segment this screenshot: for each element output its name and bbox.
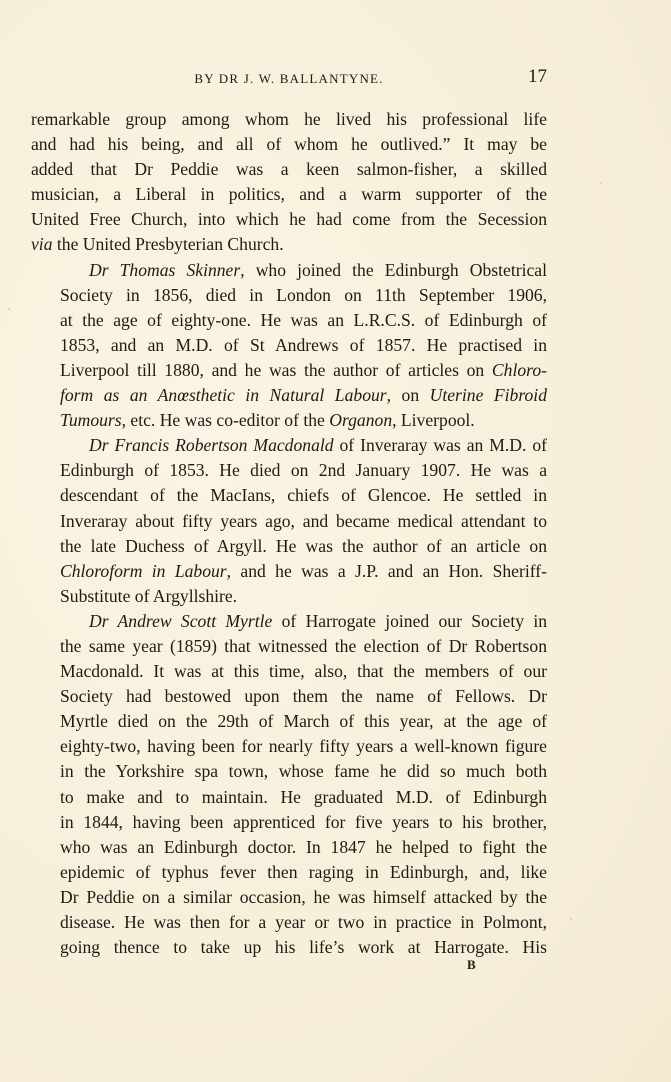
- text-span: 1853, and an M.D. of St Andrews of 1857.…: [60, 335, 547, 355]
- text-line: Substitute of Argyllshire.: [31, 584, 547, 609]
- italic-span: Dr Francis Robertson Macdonald: [89, 435, 334, 455]
- text-line: Dr Andrew Scott Myrtle of Harrogate join…: [31, 609, 547, 634]
- text-span: remarkable group among whom he lived his…: [31, 109, 547, 129]
- text-span: going thence to take up his life’s work …: [60, 937, 547, 957]
- text-line: descendant of the MacIans, chiefs of Gle…: [31, 483, 547, 508]
- text-line: musician, a Liberal in politics, and a w…: [31, 182, 547, 207]
- signature-mark: B: [467, 957, 476, 973]
- text-span: Dr Peddie on a similar occasion, he was …: [60, 887, 547, 907]
- italic-span: Chloro-: [492, 360, 547, 380]
- paragraph: Dr Francis Robertson Macdonald of Invera…: [31, 433, 547, 609]
- text-span: United Free Church, into which he had co…: [31, 209, 547, 229]
- text-line: Society had bestowed upon them the name …: [31, 684, 547, 709]
- text-span: , Liverpool.: [392, 410, 475, 430]
- text-line: Liverpool till 1880, and he was the auth…: [31, 358, 547, 383]
- text-line: Macdonald. It was at this time, also, th…: [31, 659, 547, 684]
- italic-span: Dr Thomas Skinner: [89, 260, 240, 280]
- text-line: remarkable group among whom he lived his…: [31, 107, 547, 132]
- text-span: Edinburgh of 1853. He died on 2nd Januar…: [60, 460, 547, 480]
- text-line: the same year (1859) that witnessed the …: [31, 634, 547, 659]
- text-span: epidemic of typhus fever then raging in …: [60, 862, 547, 882]
- text-line: in 1844, having been apprenticed for fiv…: [31, 810, 547, 835]
- text-span: Inveraray about fifty years ago, and bec…: [60, 511, 547, 531]
- text-line: eighty-two, having been for nearly fifty…: [31, 734, 547, 759]
- paragraph: Dr Thomas Skinner, who joined the Edinbu…: [31, 258, 547, 434]
- running-head: BY DR J. W. BALLANTYNE. 17: [31, 66, 547, 90]
- italic-span: Dr Andrew Scott Myrtle: [89, 611, 272, 631]
- text-line: Dr Francis Robertson Macdonald of Invera…: [31, 433, 547, 458]
- text-span: of Inveraray was an M.D. of: [334, 435, 547, 455]
- text-span: , etc. He was co-editor of the: [122, 410, 330, 430]
- text-span: Liverpool till 1880, and he was the auth…: [60, 360, 492, 380]
- text-line: who was an Edinburgh doctor. In 1847 he …: [31, 835, 547, 860]
- paragraph: Dr Andrew Scott Myrtle of Harrogate join…: [31, 609, 547, 960]
- text-line: Inveraray about fifty years ago, and bec…: [31, 509, 547, 534]
- text-line: to make and to maintain. He graduated M.…: [31, 785, 547, 810]
- italic-span: Organon: [329, 410, 392, 430]
- text-span: Society had bestowed upon them the name …: [60, 686, 547, 706]
- text-line: Chloroform in Labour, and he was a J.P. …: [31, 559, 547, 584]
- paper-speck: [8, 308, 10, 310]
- text-span: of Harrogate joined our Society in: [272, 611, 547, 631]
- text-line: Edinburgh of 1853. He died on 2nd Januar…: [31, 458, 547, 483]
- text-span: to make and to maintain. He graduated M.…: [60, 787, 547, 807]
- text-span: Substitute of Argyllshire.: [60, 586, 237, 606]
- text-span: eighty-two, having been for nearly fifty…: [60, 736, 547, 756]
- text-span: , who joined the Edinburgh Obstetrical: [240, 260, 547, 280]
- italic-span: Chloroform in Labour: [60, 561, 227, 581]
- text-line: Dr Peddie on a similar occasion, he was …: [31, 885, 547, 910]
- text-span: the United Presbyterian Church.: [53, 234, 284, 254]
- italic-span: Uterine Fibroid: [430, 385, 547, 405]
- text-span: the same year (1859) that witnessed the …: [60, 636, 547, 656]
- text-span: in 1844, having been apprenticed for fiv…: [60, 812, 547, 832]
- text-span: Myrtle died on the 29th of March of this…: [60, 711, 547, 731]
- paper-speck: [570, 918, 572, 920]
- text-line: and had his being, and all of whom he ou…: [31, 132, 547, 157]
- text-span: , on: [387, 385, 430, 405]
- text-span: disease. He was then for a year or two i…: [60, 912, 547, 932]
- text-line: via the United Presbyterian Church.: [31, 232, 547, 257]
- text-line: Tumours, etc. He was co-editor of the Or…: [31, 408, 547, 433]
- text-line: the late Duchess of Argyll. He was the a…: [31, 534, 547, 559]
- text-span: added that Dr Peddie was a keen salmon-f…: [31, 159, 547, 179]
- text-line: epidemic of typhus fever then raging in …: [31, 860, 547, 885]
- text-span: at the age of eighty-one. He was an L.R.…: [60, 310, 547, 330]
- text-span: musician, a Liberal in politics, and a w…: [31, 184, 547, 204]
- text-span: , and he was a J.P. and an Hon. Sheriff-: [227, 561, 547, 581]
- text-line: 1853, and an M.D. of St Andrews of 1857.…: [31, 333, 547, 358]
- text-span: Society in 1856, died in London on 11th …: [60, 285, 547, 305]
- text-span: descendant of the MacIans, chiefs of Gle…: [60, 485, 547, 505]
- text-span: and had his being, and all of whom he ou…: [31, 134, 547, 154]
- book-page: BY DR J. W. BALLANTYNE. 17 remarkable gr…: [0, 0, 671, 1082]
- running-title: BY DR J. W. BALLANTYNE.: [31, 71, 547, 87]
- text-line: form as an Anœsthetic in Natural Labour,…: [31, 383, 547, 408]
- paper-speck: [600, 182, 602, 184]
- text-span: the late Duchess of Argyll. He was the a…: [60, 536, 547, 556]
- text-line: Myrtle died on the 29th of March of this…: [31, 709, 547, 734]
- text-line: Society in 1856, died in London on 11th …: [31, 283, 547, 308]
- italic-span: form as an Anœsthetic in Natural Labour: [60, 385, 387, 405]
- body-text: remarkable group among whom he lived his…: [31, 107, 547, 960]
- text-line: Dr Thomas Skinner, who joined the Edinbu…: [31, 258, 547, 283]
- text-line: United Free Church, into which he had co…: [31, 207, 547, 232]
- text-line: in the Yorkshire spa town, whose fame he…: [31, 759, 547, 784]
- text-span: Macdonald. It was at this time, also, th…: [60, 661, 547, 681]
- text-line: added that Dr Peddie was a keen salmon-f…: [31, 157, 547, 182]
- text-line: disease. He was then for a year or two i…: [31, 910, 547, 935]
- text-span: in the Yorkshire spa town, whose fame he…: [60, 761, 547, 781]
- text-span: who was an Edinburgh doctor. In 1847 he …: [60, 837, 547, 857]
- italic-span: Tumours: [60, 410, 122, 430]
- page-number: 17: [528, 66, 547, 88]
- italic-span: via: [31, 234, 53, 254]
- text-line: at the age of eighty-one. He was an L.R.…: [31, 308, 547, 333]
- paragraph: remarkable group among whom he lived his…: [31, 107, 547, 258]
